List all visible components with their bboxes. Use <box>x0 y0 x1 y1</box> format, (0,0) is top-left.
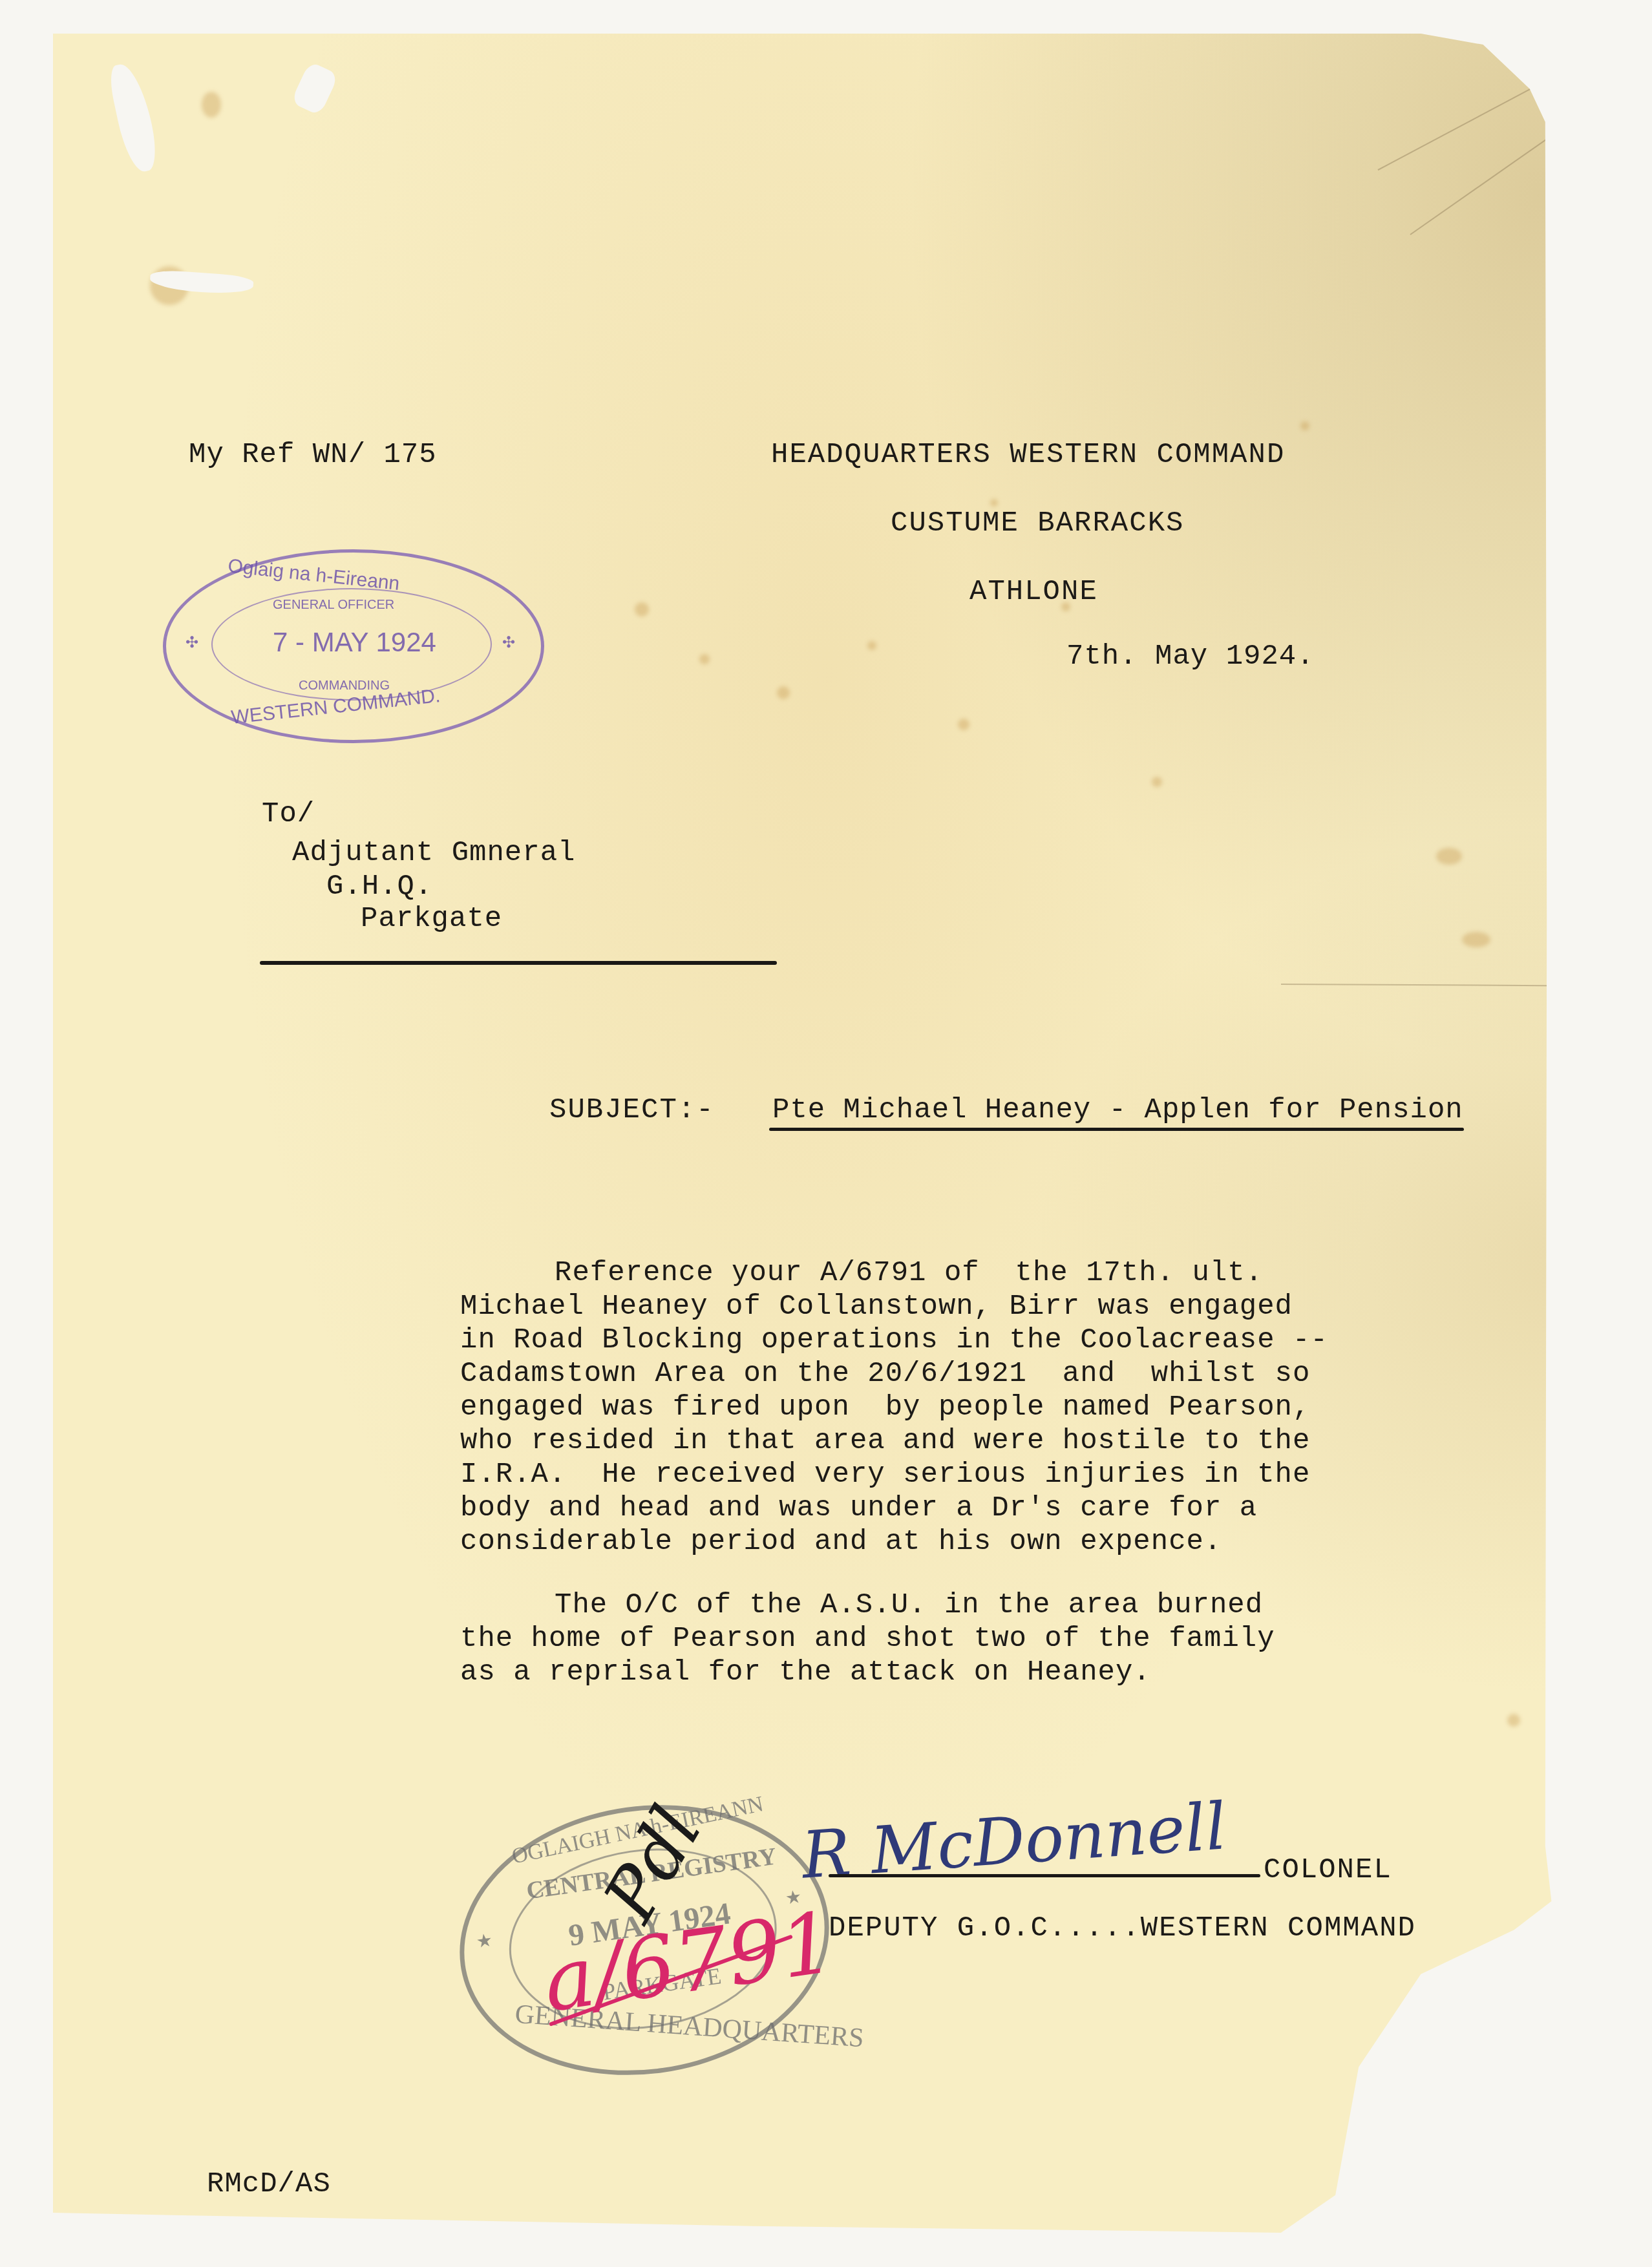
signature-line <box>829 1874 1260 1877</box>
address-divider <box>260 961 777 965</box>
subject-text: Pte Michael Heaney - Applen for Pension <box>772 1096 1463 1124</box>
received-date-stamp: Oglaig na h-Eireann GENERAL OFFICER 7 - … <box>163 549 544 743</box>
paper-tear <box>107 61 161 175</box>
body-line: considerable period and at his own expen… <box>460 1528 1222 1556</box>
header-town: ATHLONE <box>969 578 1098 606</box>
star-icon: ★ <box>475 1929 494 1953</box>
signatory-rank: COLONEL <box>1264 1856 1392 1884</box>
body-line: Reference your A/6791 of the 17th. ult. <box>555 1259 1263 1287</box>
paper-crease <box>1378 66 1573 170</box>
stain <box>1507 1714 1520 1727</box>
addressee-title: Adjutant Gmneral <box>292 839 575 867</box>
stain <box>1462 932 1490 947</box>
header-barracks: CUSTUME BARRACKS <box>891 509 1184 538</box>
body-line: the home of Pearson and shot two of the … <box>460 1625 1275 1653</box>
paper-crease <box>1281 984 1604 987</box>
stain <box>1300 421 1309 430</box>
shamrock-icon: ✣ <box>185 633 198 652</box>
body-line: in Road Blocking operations in the Coola… <box>460 1326 1328 1355</box>
typist-initials: RMcD/AS <box>207 2170 331 2198</box>
addressee-location: Parkgate <box>361 905 502 933</box>
stain <box>958 719 969 730</box>
body-line: I.R.A. He received very serious injuries… <box>460 1460 1310 1489</box>
shamrock-icon: ✣ <box>502 633 515 652</box>
letter-date: 7th. May 1924. <box>1066 642 1315 671</box>
stain <box>202 92 221 118</box>
body-line: Cadamstown Area on the 20/6/1921 and whi… <box>460 1360 1310 1388</box>
stain <box>990 499 998 507</box>
stain <box>1152 777 1162 787</box>
stain <box>635 602 649 617</box>
to-label: To/ <box>262 800 315 828</box>
signatory-title: DEPUTY G.O.C.....WESTERN COMMAND <box>829 1914 1416 1943</box>
stamp-inner-top-text: GENERAL OFFICER <box>273 598 394 613</box>
stain <box>699 654 710 664</box>
stamp-outer-top-text: Oglaig na h-Eireann <box>227 555 401 595</box>
stain <box>1436 848 1462 865</box>
header-headquarters: HEADQUARTERS WESTERN COMMAND <box>771 441 1285 469</box>
stamp-date: 7 - MAY 1924 <box>273 627 436 658</box>
subject-underline <box>769 1128 1464 1131</box>
body-line: engaged was fired upon by people named P… <box>460 1393 1310 1422</box>
stain <box>867 641 876 650</box>
body-line: who resided in that area and were hostil… <box>460 1427 1310 1455</box>
body-line: The O/C of the A.S.U. in the area burned <box>555 1591 1263 1619</box>
body-line: as a reprisal for the attack on Heaney. <box>460 1658 1151 1687</box>
body-line: body and head and was under a Dr's care … <box>460 1494 1257 1523</box>
paper-tear <box>291 61 339 116</box>
reference-number: My Ref WN/ 175 <box>189 441 437 469</box>
addressee-unit: G.H.Q. <box>326 872 432 901</box>
body-line: Michael Heaney of Collanstown, Birr was … <box>460 1292 1293 1321</box>
subject-label: SUBJECT:- <box>549 1096 715 1124</box>
stain <box>777 686 790 699</box>
